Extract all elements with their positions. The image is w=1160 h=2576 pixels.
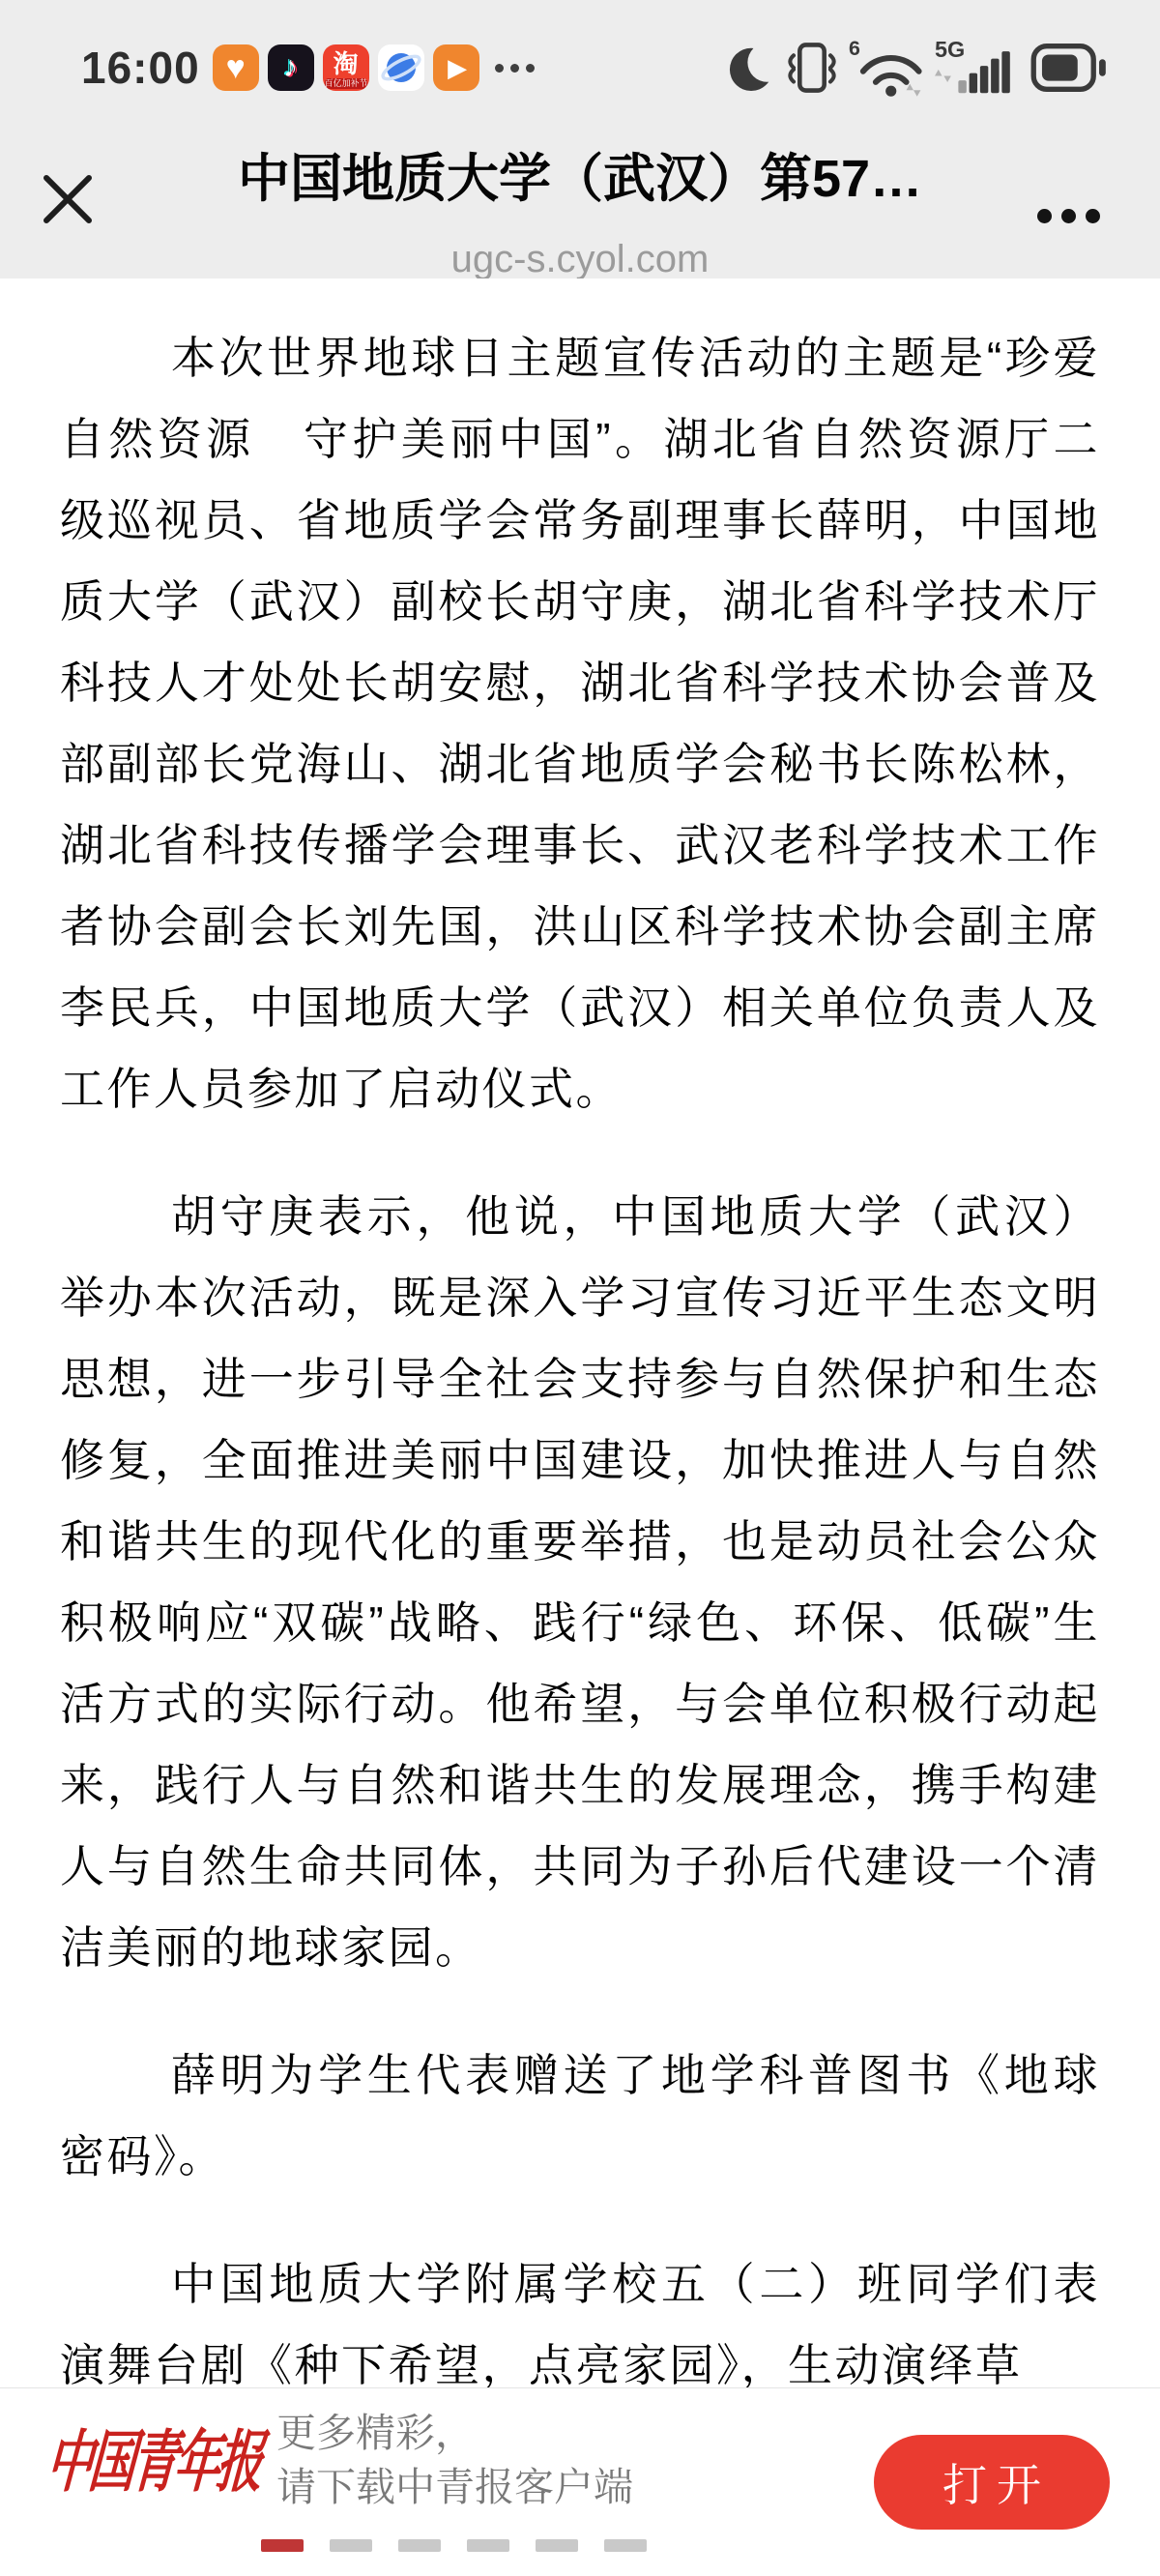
carousel-page-indicator — [261, 2539, 647, 2552]
page-title: 中国地质大学（武汉）第57… — [116, 137, 1044, 212]
phone-screen: 16:00 ♥ ♪ 淘 百亿加补节 — [0, 0, 1160, 2576]
wifi-icon: 6 — [849, 38, 926, 98]
browser-top-chrome: 16:00 ♥ ♪ 淘 百亿加补节 — [0, 0, 1160, 278]
promo-line1: 更多精彩， — [276, 2406, 633, 2460]
close-icon[interactable] — [41, 172, 95, 226]
signal-bars-icon: 5G — [935, 38, 1022, 98]
page-dash — [604, 2539, 647, 2552]
status-indicators: 6 5G — [729, 38, 1110, 98]
article-body: 本次世界地球日主题宣传活动的主题是“珍爱自然资源 守护美丽中国”。湖北省自然资源… — [0, 278, 1160, 2387]
paragraph-2: 胡守庚表示，他说，中国地质大学（武汉）举办本次活动，既是深入学习宣传习近平生态文… — [60, 1176, 1100, 1988]
promo-line2: 请下载中青报客户端 — [276, 2460, 633, 2514]
douyin-app-icon: ♪ — [268, 44, 314, 91]
promo-text: 更多精彩， 请下载中青报客户端 — [276, 2406, 633, 2514]
taobao-badge: 百亿加补节 — [325, 78, 367, 89]
svg-text:6: 6 — [849, 38, 860, 60]
heart-app-icon: ♥ — [213, 44, 259, 91]
page-dash-active — [261, 2539, 304, 2552]
clock: 16:00 — [81, 42, 200, 94]
page-dash — [398, 2539, 441, 2552]
more-menu-icon[interactable] — [1037, 209, 1100, 223]
page-dash — [467, 2539, 509, 2552]
paragraph-4: 中国地质大学附属学校五（二）班同学们表演舞台剧《种下希望，点亮家园》，生动演绎草 — [60, 2243, 1100, 2387]
taobao-app-icon: 淘 百亿加补节 — [323, 44, 369, 91]
paragraph-3: 薛明为学生代表赠送了地学科普图书《地球密码》。 — [60, 2034, 1100, 2197]
music-note-glyph: ♪ — [283, 53, 298, 82]
china-youth-daily-logo: 中国青年报 — [43, 2408, 265, 2504]
page-dash — [536, 2539, 578, 2552]
browser-app-icon — [378, 44, 424, 91]
heart-glyph: ♥ — [226, 51, 246, 84]
more-notifications-icon — [495, 64, 535, 73]
planet-icon — [378, 44, 424, 91]
svg-text:5G: 5G — [935, 38, 965, 62]
status-bar: 16:00 ♥ ♪ 淘 百亿加补节 — [0, 0, 1160, 118]
app-download-banner: 中国青年报 更多精彩， 请下载中青报客户端 打开 — [0, 2387, 1160, 2576]
page-url: ugc-s.cyol.com — [0, 238, 1160, 281]
crescent-moon-icon — [729, 41, 775, 95]
video-app-icon: ▶ — [433, 44, 479, 91]
open-app-button[interactable]: 打开 — [874, 2435, 1110, 2530]
play-glyph: ▶ — [448, 55, 467, 80]
taobao-glyph: 淘 — [333, 51, 359, 76]
page-dash — [330, 2539, 372, 2552]
notification-app-icons: ♥ ♪ 淘 百亿加补节 ▶ — [213, 44, 479, 91]
vibrate-icon — [784, 39, 840, 97]
battery-icon — [1030, 38, 1110, 98]
paragraph-1: 本次世界地球日主题宣传活动的主题是“珍爱自然资源 守护美丽中国”。湖北省自然资源… — [60, 317, 1100, 1129]
